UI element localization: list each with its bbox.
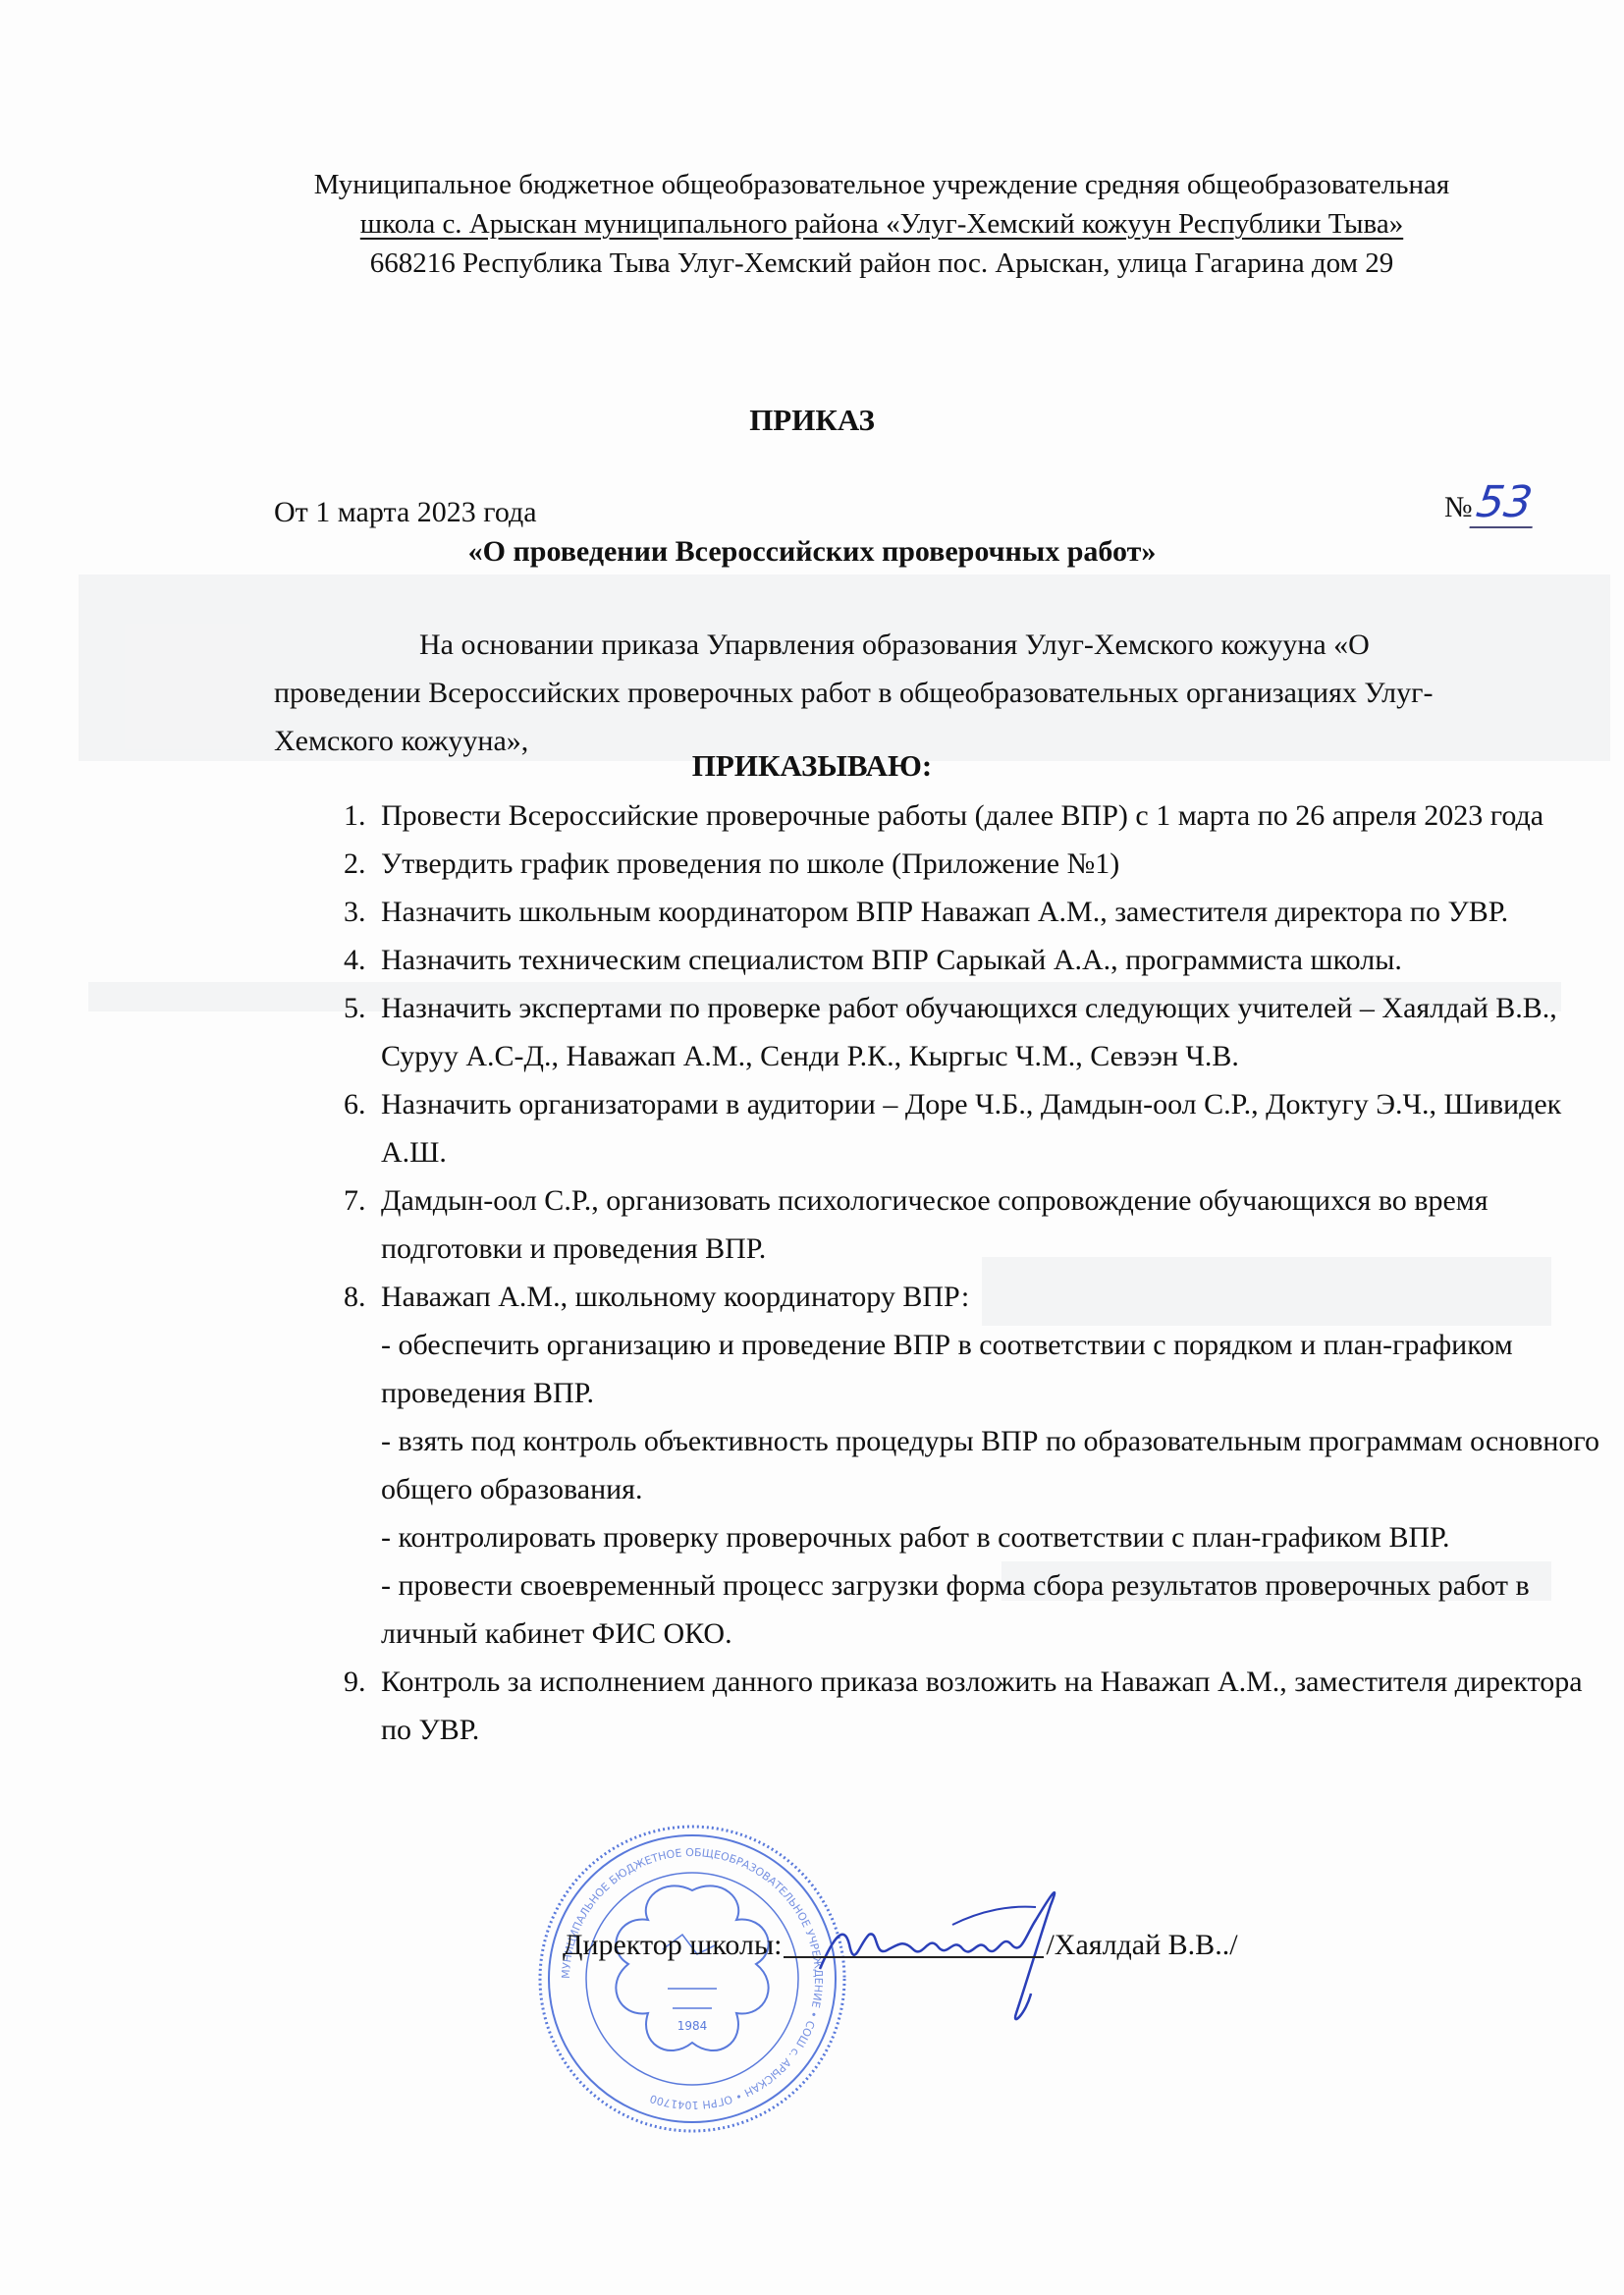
order-items-list: Провести Всероссийские проверочные работ…	[324, 792, 1620, 1754]
school-name-line-1: Муниципальное бюджетное общеобразователь…	[244, 165, 1520, 204]
order-basis-paragraph: На основании приказа Упарвления образова…	[274, 621, 1501, 765]
document-type-title: ПРИКАЗ	[0, 403, 1624, 438]
order-subitem: - взять под контроль объективность проце…	[381, 1417, 1620, 1513]
svg-text:МУНИЦИПАЛЬНОЕ БЮДЖЕТНОЕ ОБЩЕОБ: МУНИЦИПАЛЬНОЕ БЮДЖЕТНОЕ ОБЩЕОБРАЗОВАТЕЛЬ…	[560, 1846, 825, 2111]
school-address: 668216 Республика Тыва Улуг-Хемский райо…	[244, 244, 1520, 283]
number-sign: №	[1444, 491, 1473, 523]
order-item: Назначить техническим специалистом ВПР С…	[373, 936, 1620, 984]
school-name-line-2-text: школа с. Арыскан муниципального района «…	[360, 208, 1403, 240]
order-subitem: - провести своевременный процесс загрузк…	[381, 1561, 1620, 1658]
signatory-name: /Хаялдай В.В../	[1046, 1929, 1237, 1961]
handwritten-order-number: 53	[1469, 479, 1539, 528]
order-item-text: Провести Всероссийские проверочные работ…	[381, 799, 1543, 832]
order-item-text: Контроль за исполнением данного приказа …	[381, 1666, 1583, 1746]
order-item: Назначить школьным координатором ВПР Нав…	[373, 888, 1620, 936]
order-item-text: Назначить школьным координатором ВПР Нав…	[381, 896, 1508, 928]
order-item-text: Назначить организаторами в аудитории – Д…	[381, 1088, 1561, 1169]
order-subitem: - обеспечить организацию и проведение ВП…	[381, 1321, 1620, 1417]
order-item-text: Назначить техническим специалистом ВПР С…	[381, 944, 1402, 976]
order-item-text: Дамдын-оол С.Р., организовать психологич…	[381, 1184, 1489, 1265]
order-number: №53	[1444, 479, 1536, 528]
order-subject: «О проведении Всероссийских проверочных …	[0, 535, 1624, 569]
order-subitem: - контролировать проверку проверочных ра…	[381, 1513, 1620, 1561]
order-item-text: Наважап А.М., школьному координатору ВПР…	[381, 1281, 969, 1313]
order-item-text: Назначить экспертами по проверке работ о…	[381, 992, 1557, 1072]
scanned-order-page: Муниципальное бюджетное общеобразователь…	[0, 0, 1624, 2295]
official-stamp-icon: 1984 МУНИЦИПАЛЬНОЕ БЮДЖЕТНОЕ ОБЩЕОБРАЗОВ…	[535, 1822, 849, 2136]
order-item: Контроль за исполнением данного приказа …	[373, 1658, 1620, 1754]
signature-line: Директор школы:/Хаялдай В.В../	[563, 1927, 1238, 1962]
order-item: Дамдын-оол С.Р., организовать психологич…	[373, 1176, 1620, 1273]
order-item: Провести Всероссийские проверочные работ…	[373, 792, 1620, 840]
order-item: Утвердить график проведения по школе (Пр…	[373, 840, 1620, 888]
order-item: Назначить организаторами в аудитории – Д…	[373, 1080, 1620, 1176]
school-name-line-2: школа с. Арыскан муниципального района «…	[244, 204, 1520, 244]
order-date: От 1 марта 2023 года	[274, 496, 537, 529]
order-item: Наважап А.М., школьному координатору ВПР…	[373, 1273, 1620, 1658]
svg-text:1984: 1984	[677, 2019, 708, 2033]
signatory-role: Директор школы:	[563, 1929, 782, 1961]
order-directive-heading: ПРИКАЗЫВАЮ:	[0, 748, 1624, 784]
order-item: Назначить экспертами по проверке работ о…	[373, 984, 1620, 1080]
order-item-text: Утвердить график проведения по школе (Пр…	[381, 847, 1119, 880]
signature-underline	[784, 1927, 1044, 1958]
